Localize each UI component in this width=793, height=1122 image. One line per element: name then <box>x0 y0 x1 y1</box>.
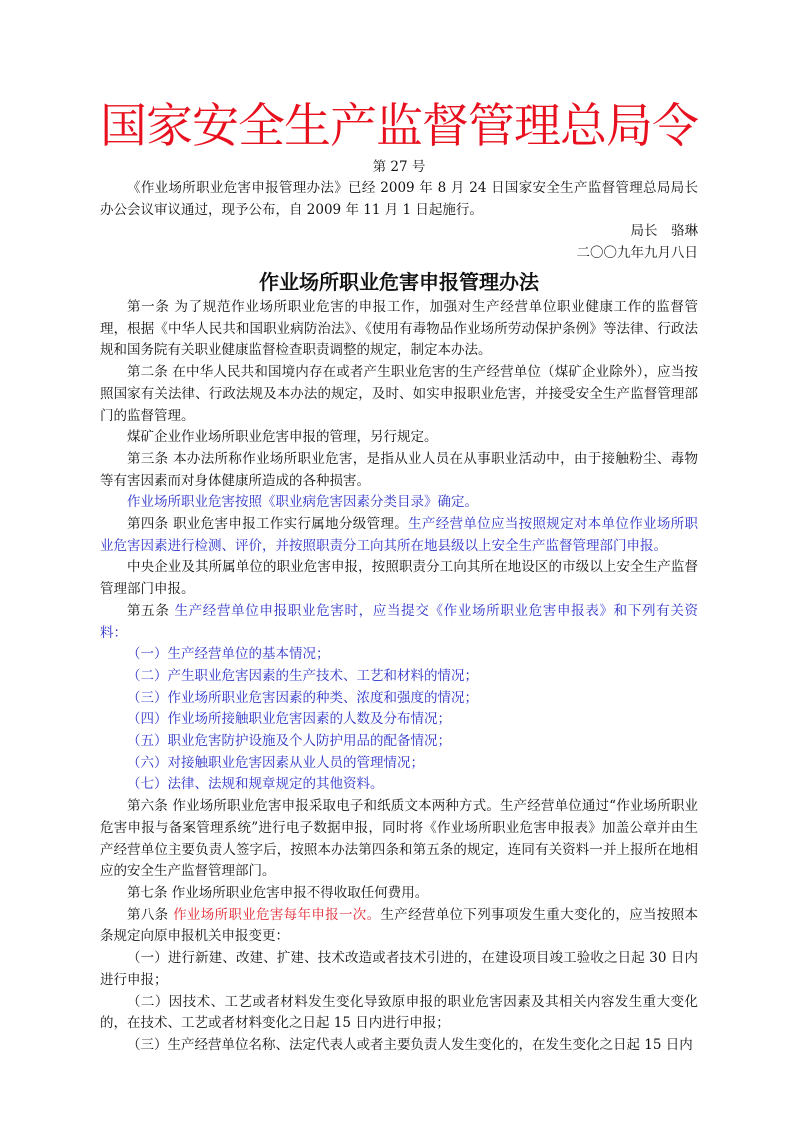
decree-title: 国家安全生产监督管理总局令 <box>100 96 698 158</box>
decree-number: 第 27 号 <box>100 157 698 179</box>
article-5-highlight: 生产经营单位申报职业危害时，应当提交《作业场所职业危害申报表》和下列有关资料： <box>100 603 698 641</box>
article-5-item: （三）作业场所职业危害因素的种类、浓度和强度的情况； <box>100 688 698 710</box>
article-1: 第一条 为了规范作业场所职业危害的申报工作，加强对生产经营单位职业健康工作的监督… <box>100 297 698 362</box>
article-6: 第六条 作业场所职业危害申报采取电子和纸质文本两种方式。生产经营单位通过“作业场… <box>100 796 698 883</box>
decree-intro-block: 《作业场所职业危害申报管理办法》已经 2009 年 8 月 24 日国家安全生产… <box>100 178 698 265</box>
article-5-item: （二）产生职业危害因素的生产技术、工艺和材料的情况； <box>100 666 698 688</box>
article-8-prefix: 第八条 <box>127 907 173 923</box>
article-5-item: （一）生产经营单位的基本情况； <box>100 644 698 666</box>
article-8-item: （三）生产经营单位名称、法定代表人或者主要负责人发生变化的，在发生变化之日起 1… <box>100 1035 698 1057</box>
article-3-note: 作业场所职业危害按照《职业病危害因素分类目录》确定。 <box>100 492 698 514</box>
article-7: 第七条 作业场所职业危害申报不得收取任何费用。 <box>100 883 698 905</box>
article-4-prefix: 第四条 职业危害申报工作实行属地分级管理。 <box>127 516 408 532</box>
article-8: 第八条 作业场所职业危害每年申报一次。生产经营单位下列事项发生重大变化的，应当按… <box>100 905 698 948</box>
article-5: 第五条 生产经营单位申报职业危害时，应当提交《作业场所职业危害申报表》和下列有关… <box>100 601 698 644</box>
article-4-note: 中央企业及其所属单位的职业危害申报，按照职责分工向其所在地设区的市级以上安全生产… <box>100 557 698 600</box>
article-8-item: （一）进行新建、改建、扩建、技术改造或者技术引进的，在建设项目竣工验收之日起 3… <box>100 948 698 991</box>
law-body: 第一条 为了规范作业场所职业危害的申报工作，加强对生产经营单位职业健康工作的监督… <box>100 297 698 1057</box>
decree-date: 二〇〇九年九月八日 <box>100 243 698 265</box>
article-2: 第二条 在中华人民共和国境内存在或者产生职业危害的生产经营单位（煤矿企业除外），… <box>100 362 698 427</box>
article-8-highlight: 作业场所职业危害每年申报一次。 <box>173 907 380 923</box>
law-title: 作业场所职业危害申报管理办法 <box>100 267 698 297</box>
article-4: 第四条 职业危害申报工作实行属地分级管理。生产经营单位应当按照规定对本单位作业场… <box>100 514 698 557</box>
decree-intro: 《作业场所职业危害申报管理办法》已经 2009 年 8 月 24 日国家安全生产… <box>100 178 698 221</box>
signer: 局长 骆琳 <box>100 221 698 243</box>
article-5-item: （六）对接触职业危害因素从业人员的管理情况； <box>100 753 698 775</box>
article-3: 第三条 本办法所称作业场所职业危害，是指从业人员在从事职业活动中，由于接触粉尘、… <box>100 449 698 492</box>
article-8-item: （二）因技术、工艺或者材料发生变化导致原申报的职业危害因素及其相关内容发生重大变… <box>100 992 698 1035</box>
article-5-item: （四）作业场所接触职业危害因素的人数及分布情况； <box>100 709 698 731</box>
article-5-item: （五）职业危害防护设施及个人防护用品的配备情况； <box>100 731 698 753</box>
article-2-note: 煤矿企业作业场所职业危害申报的管理，另行规定。 <box>100 427 698 449</box>
article-5-prefix: 第五条 <box>127 603 174 619</box>
article-5-item: （七）法律、法规和规章规定的其他资料。 <box>100 774 698 796</box>
